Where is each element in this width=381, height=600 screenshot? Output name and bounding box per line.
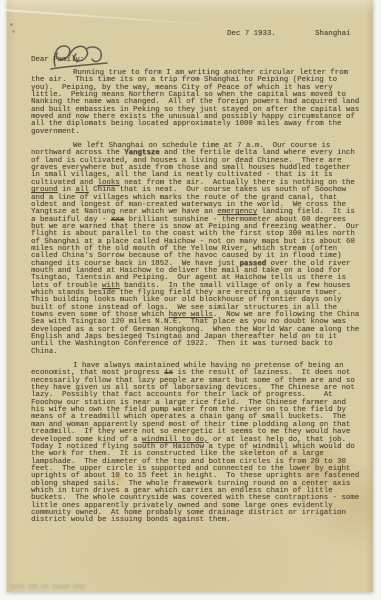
paper-crease <box>3 9 233 27</box>
faint-ink-transfer <box>11 578 111 588</box>
dateline: Dec 7 1933. Shanghai <box>7 31 373 41</box>
letter-body: Running true to form I am writing anothe… <box>31 70 360 525</box>
letter-date: Dec 7 1933. <box>227 31 276 38</box>
letter-paragraph: I have always maintained while having no… <box>31 363 360 525</box>
letter-place: Shanghai <box>315 31 350 38</box>
paper-specks <box>7 0 8 1</box>
letter-paragraph: We left Shanghai on schedule time at 7 a… <box>31 143 360 356</box>
letter-page: Dec 7 1933. Shanghai Dear Family: Runnin… <box>7 0 373 592</box>
salutation: Dear Family: <box>31 57 84 64</box>
letter-paragraph: Running true to form I am writing anothe… <box>31 70 360 136</box>
